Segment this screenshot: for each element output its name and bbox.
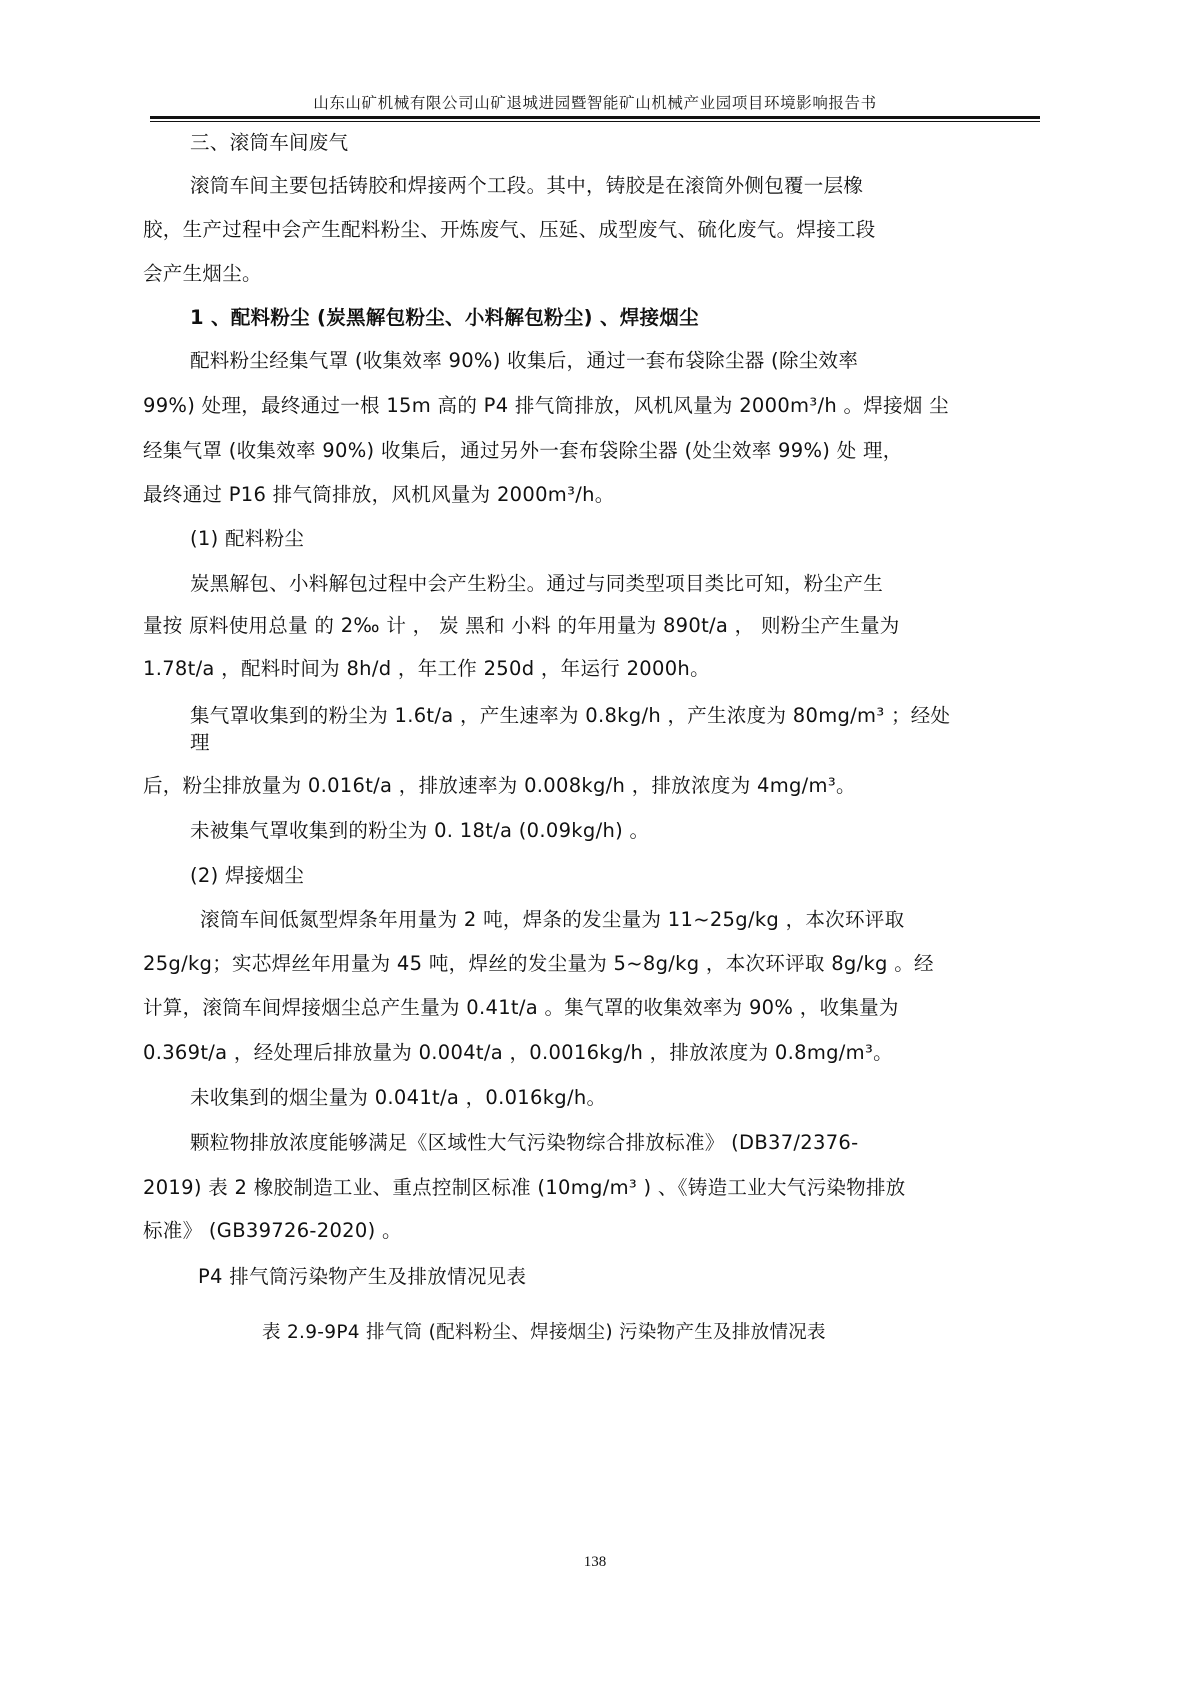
paragraph-line: 未收集到的烟尘量为 0.041t/a ，0.016kg/h。 — [190, 1085, 606, 1111]
table-caption: 表 2.9-9P4 排气筒 (配料粉尘、焊接烟尘) 污染物产生及排放情况表 — [262, 1320, 826, 1346]
paragraph-line: 标准》 (GB39726-2020) 。 — [143, 1218, 402, 1244]
paragraph-line: 量按 原料使用总量 的 2‰ 计 ， 炭 黑和 小料 的年用量为 890t/a … — [143, 613, 900, 639]
paragraph-line: 颗粒物排放浓度能够满足《区域性大气污染物综合排放标准》 (DB37/2376- — [190, 1130, 858, 1156]
page-number: 138 — [0, 1554, 1190, 1571]
paragraph-line: 滚筒车间主要包括铸胶和焊接两个工段。其中，铸胶是在滚筒外侧包覆一层橡 — [190, 173, 863, 199]
document-title: 山东山矿机械有限公司山矿退城进园暨智能矿山机械产业园项目环境影响报告书 — [150, 91, 1040, 113]
paragraph-line: 经集气罩 (收集效率 90%) 收集后，通过另外一套布袋除尘器 (处尘效率 99… — [143, 438, 903, 464]
paragraph-line: 未被集气罩收集到的粉尘为 0. 18t/a (0.09kg/h) 。 — [190, 818, 649, 844]
paragraph-line: 计算，滚筒车间焊接烟尘总产生量为 0.41t/a 。集气罩的收集效率为 90% … — [143, 995, 899, 1021]
paragraph-line: 会产生烟尘。 — [143, 261, 262, 287]
subheading: 1 、配料粉尘 (炭黑解包粉尘、小料解包粉尘) 、焊接烟尘 — [190, 305, 699, 331]
paragraph-line: 集气罩收集到的粉尘为 1.6t/a ，产生速率为 0.8kg/h ，产生浓度为 … — [190, 703, 950, 729]
paragraph-line: 2019) 表 2 橡胶制造工业、重点控制区标准 (10mg/m³ ) 、《铸造… — [143, 1175, 906, 1201]
paragraph-line: 炭黑解包、小料解包过程中会产生粉尘。通过与同类型项目类比可知，粉尘产生 — [190, 571, 883, 597]
paragraph-line: 25g/kg；实芯焊丝年用量为 45 吨，焊丝的发尘量为 5~8g/kg ，本次… — [143, 951, 934, 977]
item-title: (2) 焊接烟尘 — [190, 863, 304, 889]
item-title: (1) 配料粉尘 — [190, 526, 304, 552]
header-divider-thin — [150, 121, 1040, 122]
paragraph-line: 0.369t/a ，经处理后排放量为 0.004t/a ，0.0016kg/h … — [143, 1040, 893, 1066]
paragraph-line: 1.78t/a ，配料时间为 8h/d ，年工作 250d ，年运行 2000h… — [143, 656, 710, 682]
paragraph-line: 99%) 处理，最终通过一根 15m 高的 P4 排气筒排放，风机风量为 200… — [143, 393, 949, 419]
paragraph-line: 理 — [190, 730, 210, 756]
paragraph-line: 滚筒车间低氮型焊条年用量为 2 吨，焊条的发尘量为 11~25g/kg ，本次环… — [200, 907, 904, 933]
table-intro: P4 排气筒污染物产生及排放情况见表 — [198, 1264, 526, 1290]
paragraph-line: 最终通过 P16 排气筒排放，风机风量为 2000m³/h。 — [143, 482, 615, 508]
section-heading: 三、滚筒车间废气 — [190, 130, 348, 156]
paragraph-line: 配料粉尘经集气罩 (收集效率 90%) 收集后，通过一套布袋除尘器 (除尘效率 — [190, 348, 858, 374]
paragraph-line: 胶，生产过程中会产生配料粉尘、开炼废气、压延、成型废气、硫化废气。焊接工段 — [143, 217, 876, 243]
paragraph-line: 后，粉尘排放量为 0.016t/a ，排放速率为 0.008kg/h ，排放浓度… — [143, 773, 856, 799]
header-divider — [150, 116, 1040, 119]
